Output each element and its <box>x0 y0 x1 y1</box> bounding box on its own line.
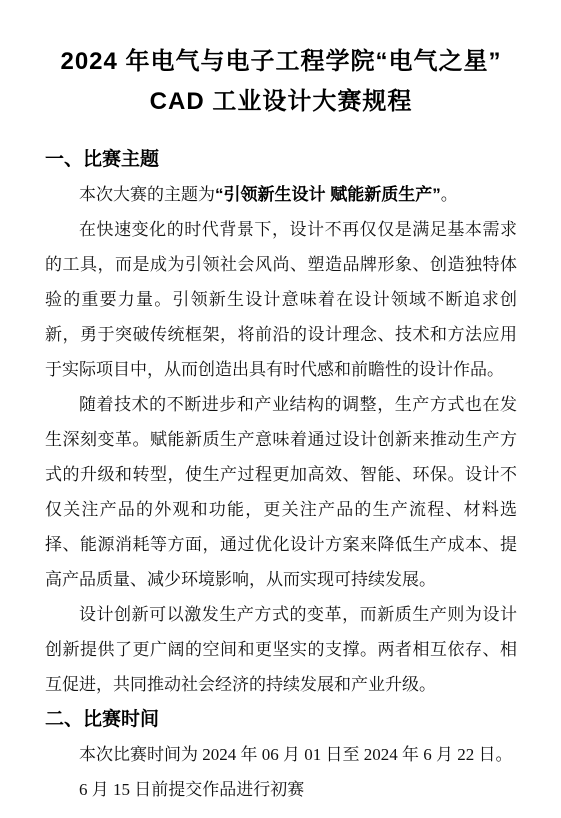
topic-paragraph-2: 随着技术的不断进步和产业结构的调整，生产方式也在发生深刻变革。赋能新质生产意味着… <box>45 387 517 597</box>
section-heading-schedule: 二、比赛时间 <box>45 702 517 737</box>
topic-paragraph-3: 设计创新可以激发生产方式的变革，而新质生产则为设计创新提供了更广阔的空间和更坚实… <box>45 597 517 702</box>
topic-paragraph-1: 在快速变化的时代背景下，设计不再仅仅是满足基本需求的工具，而是成为引领社会风尚、… <box>45 212 517 387</box>
title-line-2: CAD 工业设计大赛规程 <box>45 82 517 122</box>
schedule-paragraph: 本次比赛时间为 2024 年 06 月 01 日至 2024 年 6 月 22 … <box>45 737 517 772</box>
section-heading-topic: 一、比赛主题 <box>45 142 517 177</box>
title-line-1: 2024 年电气与电子工程学院“电气之星” <box>45 42 517 82</box>
submission-deadline-line: 6 月 15 日前提交作品进行初赛 <box>45 772 517 807</box>
theme-bold-text: “引领新生设计 赋能新质生产” <box>215 185 441 204</box>
document-page: 2024 年电气与电子工程学院“电气之星” CAD 工业设计大赛规程 一、比赛主… <box>0 0 561 818</box>
theme-suffix: 。 <box>441 185 458 204</box>
theme-paragraph: 本次大赛的主题为“引领新生设计 赋能新质生产”。 <box>45 177 517 212</box>
document-title: 2024 年电气与电子工程学院“电气之星” CAD 工业设计大赛规程 <box>45 42 517 122</box>
theme-prefix: 本次大赛的主题为 <box>79 185 215 204</box>
